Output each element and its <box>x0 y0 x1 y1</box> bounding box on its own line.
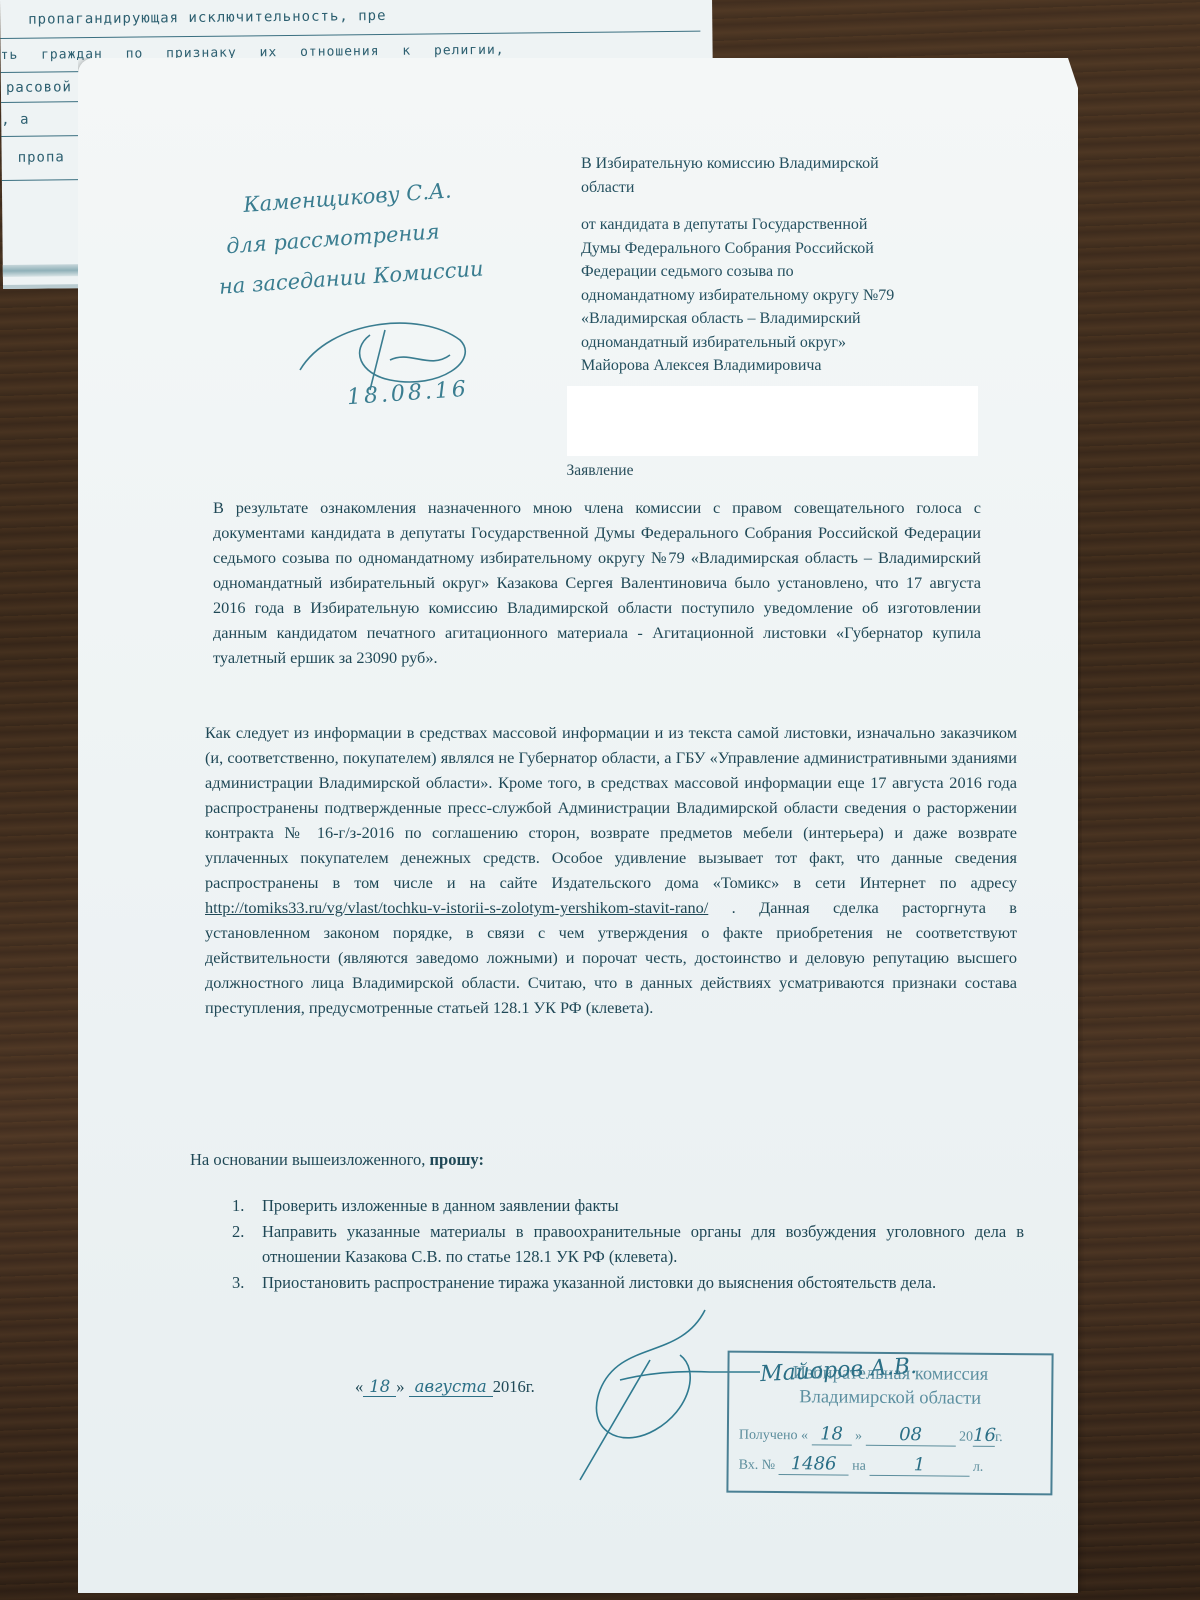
on-label: на <box>852 1459 866 1474</box>
request-intro-text: На основании вышеизложенного, <box>190 1150 430 1169</box>
quote-close: » <box>396 1377 404 1396</box>
stamp-received-row: Получено « 18 » 08 2016г. <box>739 1423 1003 1447</box>
list-item: 3. Приостановить распространение тиража … <box>232 1270 1024 1295</box>
pages-suffix: л. <box>973 1460 984 1475</box>
incoming-number: 1486 <box>779 1453 849 1476</box>
paragraph-text: Как следует из информации в средствах ма… <box>205 723 1017 892</box>
stamp-incoming-row: Вх. № 1486 на 1 л. <box>739 1453 984 1477</box>
addressee-block: В Избирательную комиссию Владимирской об… <box>581 152 981 378</box>
redacted-area <box>567 386 978 456</box>
list-item: 2. Направить указанные материалы в право… <box>232 1219 1024 1269</box>
background-rule <box>1 101 79 103</box>
list-text: Проверить изложенные в данном заявлении … <box>262 1193 1024 1218</box>
quote-open: « <box>355 1377 363 1396</box>
document-title: Заявление <box>0 462 1200 480</box>
year-suffix: г. <box>995 1430 1003 1445</box>
request-intro-bold: прошу: <box>430 1150 484 1169</box>
addressee-line: области <box>581 176 981 200</box>
resolution-date: 18.08.16 <box>346 370 470 418</box>
date-month: августа <box>409 1377 493 1397</box>
paragraph-2: Как следует из информации в средствах ма… <box>205 720 1017 1020</box>
sender-line: от кандидата в депутаты Государственной <box>581 213 981 237</box>
handwritten-resolution: Каменщикову С.А. для рассмотрения на зас… <box>212 163 568 426</box>
list-text: Направить указанные материалы в правоохр… <box>262 1219 1024 1269</box>
incoming-label: Вх. № <box>739 1458 776 1473</box>
background-line: , а <box>1 112 29 128</box>
list-number: 1. <box>232 1193 262 1218</box>
received-label: Получено <box>739 1428 798 1444</box>
date-year: 2016г. <box>493 1377 535 1396</box>
sender-line: Майорова Алексея Владимировича <box>581 354 981 378</box>
list-number: 2. <box>232 1219 262 1269</box>
sender-line: одномандатный избирательный округ» <box>581 331 981 355</box>
background-rule <box>0 31 700 39</box>
received-year: 16 <box>973 1425 995 1447</box>
background-line: пропагандирующая исключительность, пре <box>28 8 386 28</box>
sender-line: Федерации седьмого созыва по <box>581 260 981 284</box>
request-list: 1. Проверить изложенные в данном заявлен… <box>232 1193 1024 1296</box>
sender-line: «Владимирская область – Владимирский <box>581 307 981 331</box>
sender-line: Думы Федерального Собрания Российской <box>581 237 981 261</box>
stamp-org-line2: Владимирской области <box>729 1387 1051 1411</box>
received-day: 18 <box>811 1423 851 1445</box>
list-number: 3. <box>232 1270 262 1295</box>
sender-line: одномандатному избирательному округу №79 <box>581 284 981 308</box>
received-year-prefix: 20 <box>959 1430 973 1445</box>
pages-count: 1 <box>869 1454 969 1477</box>
paragraph-1: В результате ознакомления назначенного м… <box>213 495 981 670</box>
list-item: 1. Проверить изложенные в данном заявлен… <box>232 1193 1024 1218</box>
list-text: Приостановить распространение тиража ука… <box>262 1270 1024 1295</box>
received-month: 08 <box>865 1424 955 1447</box>
background-rule <box>2 179 80 181</box>
date-day: 18 <box>363 1377 396 1397</box>
request-intro: На основании вышеизложенного, прошу: <box>190 1150 484 1170</box>
background-line: расовой <box>6 79 72 96</box>
background-line: пропа <box>18 149 65 165</box>
signature-date: «18» августа2016г. <box>355 1377 535 1397</box>
background-rule <box>1 135 79 137</box>
paragraph-text: В результате ознакомления назначенного м… <box>213 495 981 670</box>
source-link[interactable]: http://tomiks33.ru/vg/vlast/tochku-v-ist… <box>205 898 708 917</box>
addressee-line: В Избирательную комиссию Владимирской <box>581 152 981 176</box>
